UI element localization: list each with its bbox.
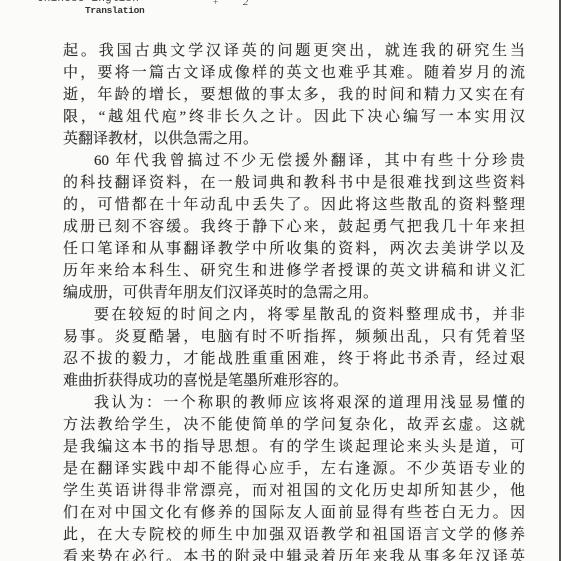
handwritten-plus-mark: + [213,0,218,7]
header-subtitle: Translation [85,6,212,16]
handwritten-number-mark: 2 [243,0,249,8]
text-line: 学生英语讲得非常漂亮，而对祖国的文化历史却所知甚少，他 [63,480,525,502]
text-line: 是我编这本书的指导思想。有的学生谈起理论来头头是道，可 [63,436,525,458]
text-line: 逝，年龄的增长，要想做的事太多，我的时间和精力又实在有 [63,84,525,106]
text-line: 忍不拔的毅力，才能战胜重重困难，终于将此书杀青，经过艰 [63,348,525,370]
text-line: 的科技翻译资料，在一般词典和教科书中是很难找到这些资料 [63,172,525,194]
text-line: 任口笔译和从事翻译教学中所收集的资料，两次去美讲学以及 [63,238,525,260]
text-line: 我认为：一个称职的教师应该将艰深的道理用浅显易懂的 [63,392,525,414]
text-line: 要在较短的时间之内，将零星散乱的资料整理成书，并非 [63,304,525,326]
scan-edge-line [559,0,561,561]
text-line: 们在对中国文化有修养的国际友人面前显得有些苍白无力。因 [63,502,525,524]
text-line: 易事。炎夏酷暑，电脑有时不听指挥，频频出乱，只有凭着坚 [63,326,525,348]
running-header: Chinese-English------------- Translation [37,0,212,16]
text-line: 编成册，可供青年朋友们汉译英时的急需之用。 [63,282,525,304]
text-line: 历年来给本科生、研究生和进修学者授课的英文讲稿和讲义汇 [63,260,525,282]
text-line: 限，“越俎代庖”终非长久之计。因此下决心编写一本实用汉 [63,106,525,128]
text-line: 此，在大专院校的师生中加强双语教学和祖国语言文学的修养 [63,524,525,546]
header-dash-rule: ------------- [139,0,212,5]
text-line: 难曲折获得成功的喜悦是笔墨所难形容的。 [63,370,525,392]
text-line: 60 年代我曾搞过不少无偿援外翻译，其中有些十分珍贵 [63,150,525,172]
text-line: 看来势在必行。本书的附录中辑录着历年来我从事多年汉译英 [63,546,525,561]
text-line: 起。我国古典文学汉译英的问题更突出，就连我的研究生当 [63,40,525,62]
text-line: 成册已刻不容缓。我终于静下心来，鼓起勇气把我几十年来担 [63,216,525,238]
text-line: 是在翻译实践中却不能得心应手，左右逢源。不少英语专业的 [63,458,525,480]
text-line: 方法教给学生，决不能使简单的学问复杂化，故弄玄虚。这就 [63,414,525,436]
scanned-page: Chinese-English------------- Translation… [0,0,562,561]
text-line: 英翻译教材，以供急需之用。 [63,128,525,150]
text-line: 中，要将一篇古文译成像样的英文也难乎其难。随着岁月的流 [63,62,525,84]
page-body-text: 起。我国古典文学汉译英的问题更突出，就连我的研究生当中，要将一篇古文译成像样的英… [63,40,525,561]
text-line: 的，可惜都在十年动乱中丢失了。因此将这些散乱的资料整理 [63,194,525,216]
